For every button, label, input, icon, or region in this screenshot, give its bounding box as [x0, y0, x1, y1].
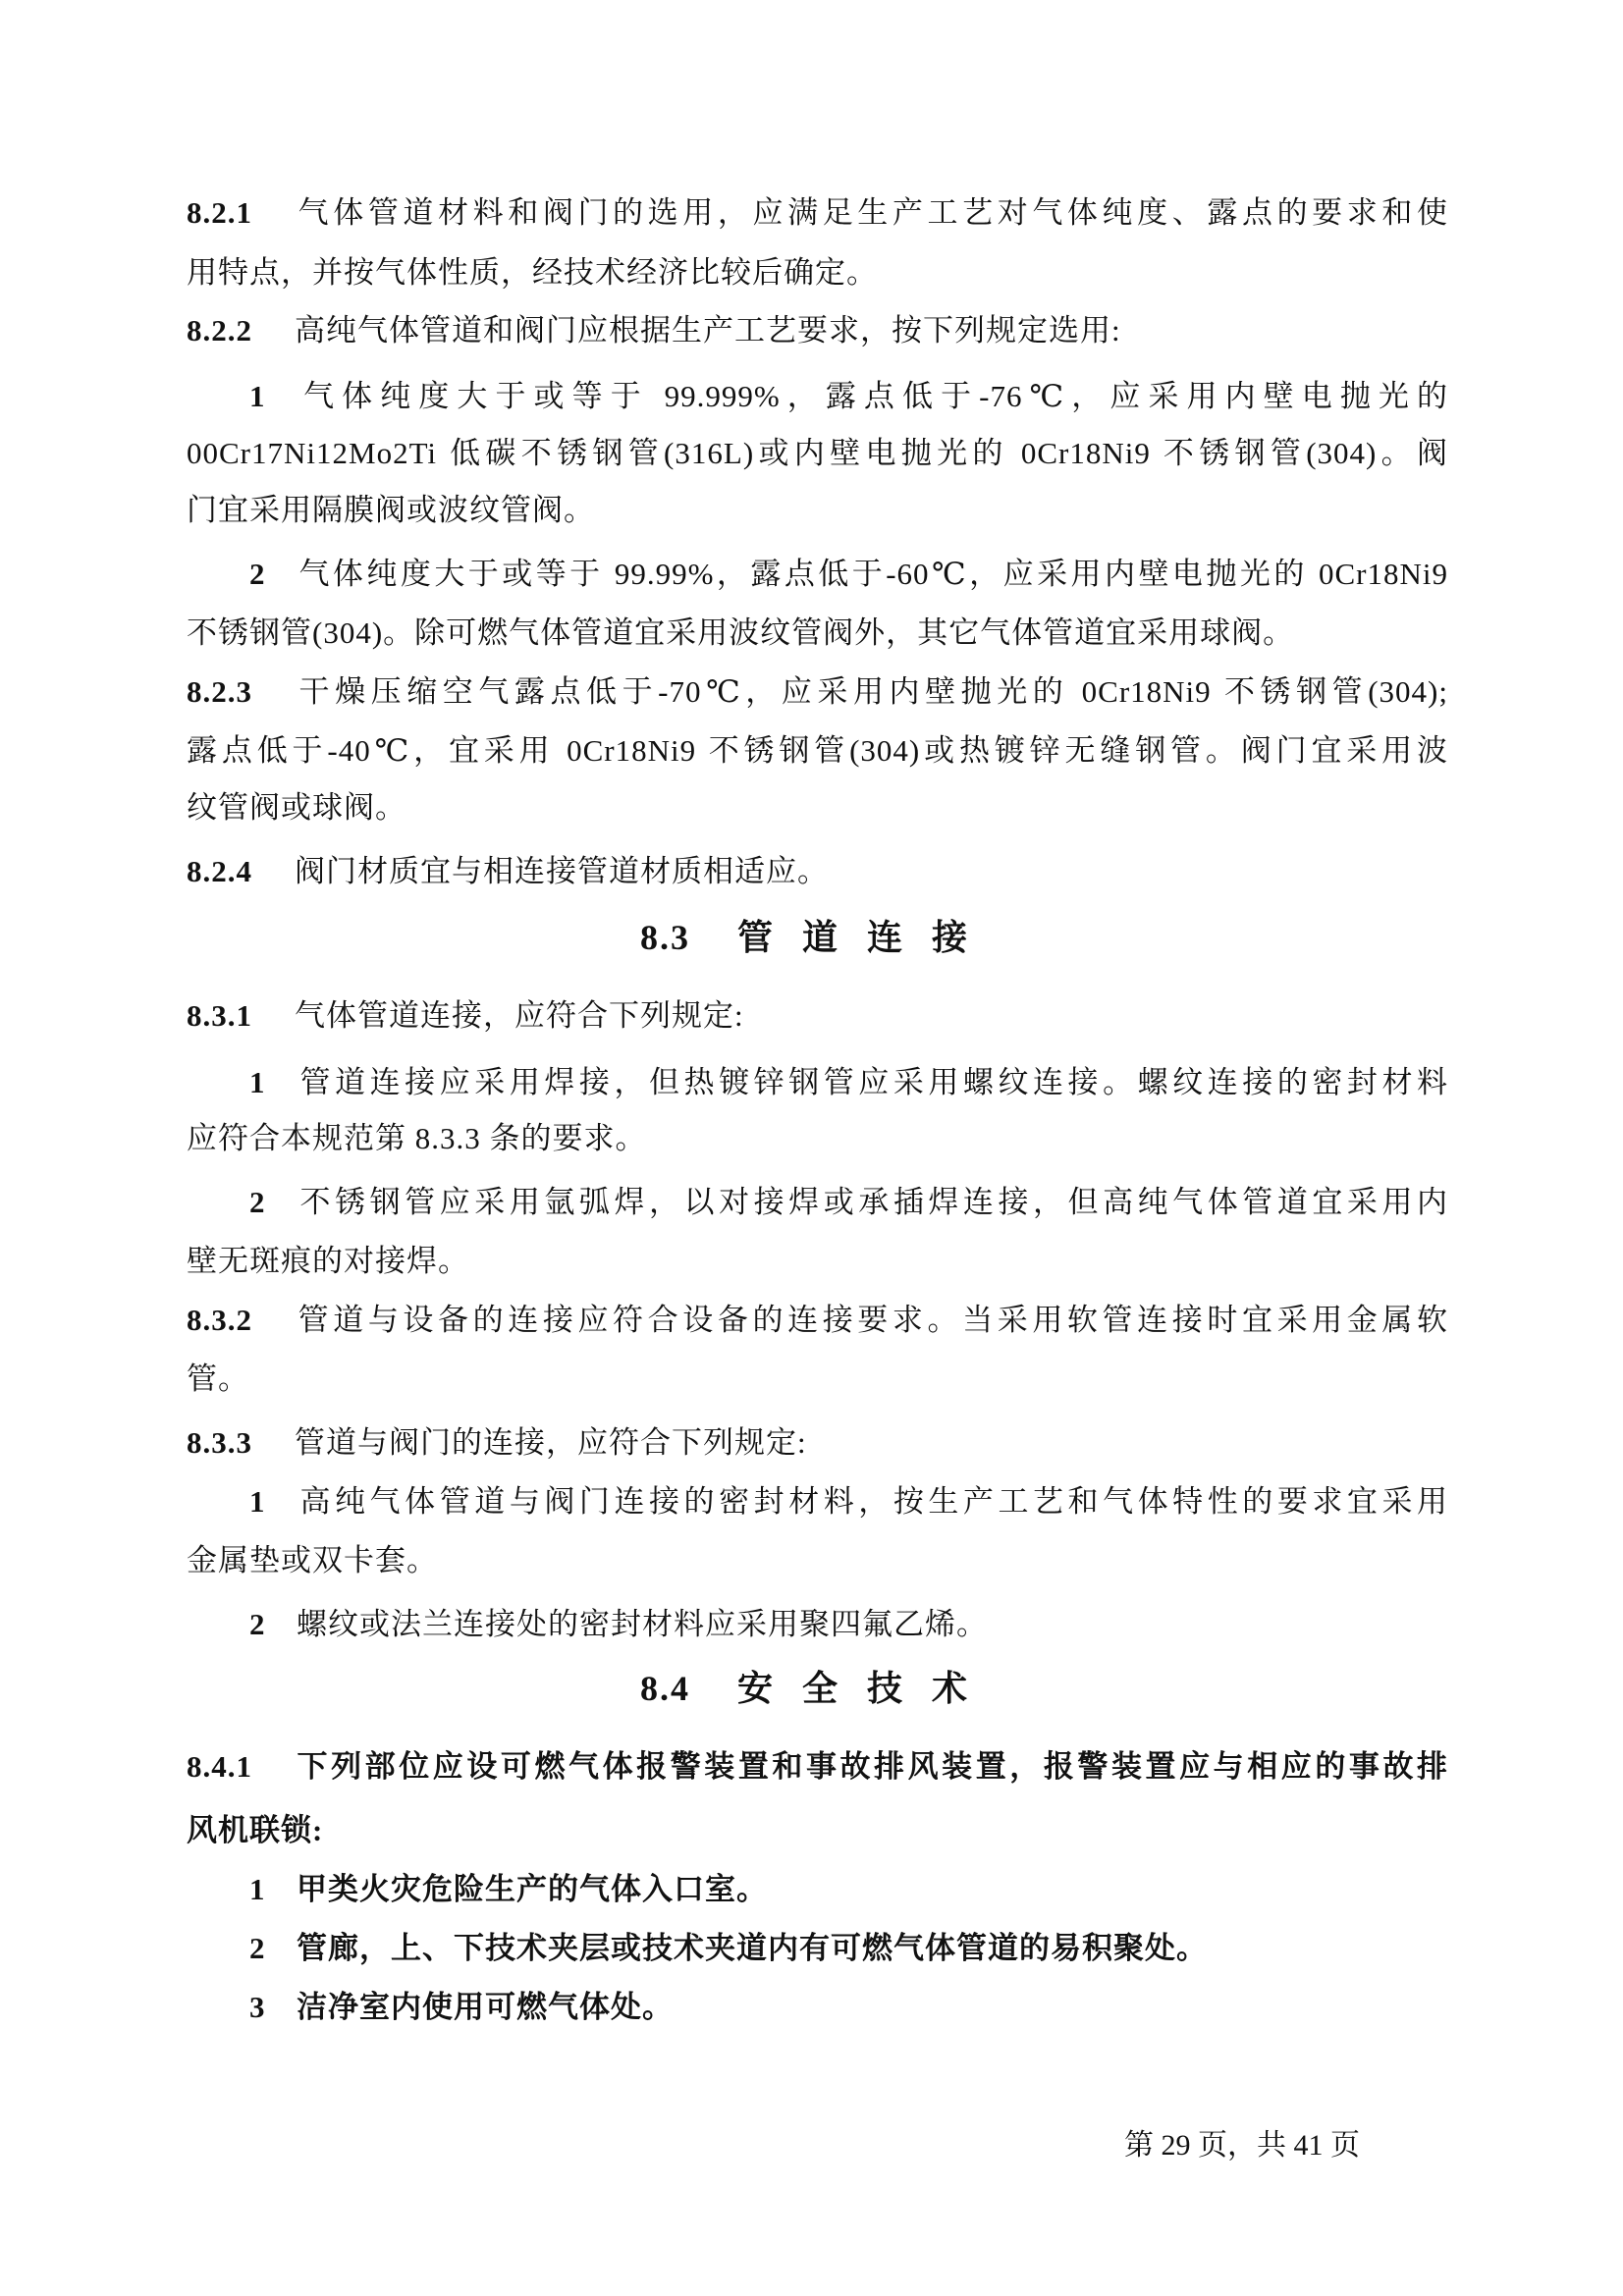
- item-number: 2: [249, 555, 297, 594]
- clause-8-3-1-line-1: 8.3.1气体管道连接，应符合下列规定:: [187, 996, 1448, 1036]
- heading-char: 管: [737, 918, 775, 957]
- heading-char: 技: [867, 1669, 904, 1708]
- document-page: 8.2.1气体管道材料和阀门的选用，应满足生产工艺对气体纯度、露点的要求和使 用…: [0, 0, 1623, 2296]
- page-number-footer: 第 29 页，共 41 页: [1124, 2126, 1360, 2165]
- clause-text: 阀门材质宜与相连接管道材质相适应。: [295, 854, 829, 888]
- heading-char: 道: [802, 918, 839, 957]
- clause-8-4-1-line-1: 8.4.1下列部位应设可燃气体报警装置和事故排风装置，报警装置应与相应的事故排: [187, 1747, 1448, 1787]
- clause-8-3-1-item-2-line-2: 壁无斑痕的对接焊。: [187, 1242, 1448, 1281]
- clause-8-2-4-line-1: 8.2.4阀门材质宜与相连接管道材质相适应。: [187, 852, 1448, 891]
- clause-8-4-1-item-2: 2管廊，上、下技术夹层或技术夹道内有可燃气体管道的易积聚处。: [249, 1929, 1448, 1968]
- clause-text: 管道与设备的连接应符合设备的连接要求。当采用软管连接时宜采用金属软: [295, 1303, 1448, 1337]
- item-number: 1: [249, 1482, 297, 1522]
- section-heading-8-4: 8.4安全技术: [0, 1667, 1623, 1710]
- clause-8-3-3-item-1-line-1: 1高纯气体管道与阀门连接的密封材料，按生产工艺和气体特性的要求宜采用: [249, 1482, 1448, 1522]
- clause-8-4-1-item-3: 3洁净室内使用可燃气体处。: [249, 1988, 1448, 2027]
- heading-char: 全: [802, 1669, 839, 1708]
- clause-8-2-2-item-2-line-1: 2气体纯度大于或等于 99.99%，露点低于-60℃，应采用内壁电抛光的 0Cr…: [249, 555, 1448, 594]
- clause-number: 8.2.2: [187, 311, 295, 350]
- heading-char: 接: [932, 918, 969, 957]
- clause-number: 8.3.1: [187, 996, 295, 1036]
- item-number: 3: [249, 1988, 297, 2027]
- clause-text: 气体管道连接，应符合下列规定:: [295, 998, 744, 1033]
- clause-8-2-2-item-1-line-2: 00Cr17Ni12Mo2Ti 低碳不锈钢管(316L)或内壁电抛光的 0Cr1…: [187, 434, 1448, 473]
- clause-8-2-2-item-2-line-2: 不锈钢管(304)。除可燃气体管道宜采用波纹管阀外，其它气体管道宜采用球阀。: [187, 614, 1448, 653]
- item-text: 甲类火灾危险生产的气体入口室。: [297, 1872, 768, 1906]
- clause-8-3-3-line-1: 8.3.3管道与阀门的连接，应符合下列规定:: [187, 1423, 1448, 1463]
- clause-8-2-3-line-1: 8.2.3干燥压缩空气露点低于-70℃，应采用内壁抛光的 0Cr18Ni9 不锈…: [187, 672, 1448, 712]
- clause-8-3-1-item-1-line-1: 1管道连接应采用焊接，但热镀锌钢管应采用螺纹连接。螺纹连接的密封材料: [249, 1063, 1448, 1102]
- clause-8-2-3-line-3: 纹管阀或球阀。: [187, 788, 1448, 828]
- item-text: 螺纹或法兰连接处的密封材料应采用聚四氟乙烯。: [297, 1607, 988, 1641]
- clause-8-4-1-item-1: 1甲类火灾危险生产的气体入口室。: [249, 1870, 1448, 1909]
- clause-text: 气体管道材料和阀门的选用，应满足生产工艺对气体纯度、露点的要求和使: [295, 195, 1448, 230]
- clause-8-3-1-item-1-line-2: 应符合本规范第 8.3.3 条的要求。: [187, 1119, 1448, 1158]
- item-number: 1: [249, 1063, 297, 1102]
- clause-8-2-1-line-1: 8.2.1气体管道材料和阀门的选用，应满足生产工艺对气体纯度、露点的要求和使: [187, 193, 1448, 233]
- item-number: 2: [249, 1605, 297, 1644]
- heading-char: 连: [867, 918, 904, 957]
- section-heading-8-3: 8.3管道连接: [0, 916, 1623, 959]
- item-text: 气体纯度大于或等于 99.999%，露点低于-76℃，应采用内壁电抛光的: [297, 379, 1448, 413]
- clause-text: 高纯气体管道和阀门应根据生产工艺要求，按下列规定选用:: [295, 313, 1121, 347]
- clause-text: 下列部位应设可燃气体报警装置和事故排风装置，报警装置应与相应的事故排: [295, 1749, 1448, 1784]
- item-text: 气体纯度大于或等于 99.99%，露点低于-60℃，应采用内壁电抛光的 0Cr1…: [297, 557, 1448, 591]
- clause-8-2-2-item-1-line-3: 门宜采用隔膜阀或波纹管阀。: [187, 491, 1448, 530]
- item-text: 高纯气体管道与阀门连接的密封材料，按生产工艺和气体特性的要求宜采用: [297, 1484, 1448, 1519]
- clause-number: 8.2.1: [187, 193, 295, 233]
- clause-8-2-2-line-1: 8.2.2高纯气体管道和阀门应根据生产工艺要求，按下列规定选用:: [187, 311, 1448, 350]
- clause-number: 8.3.3: [187, 1423, 295, 1463]
- clause-text: 管道与阀门的连接，应符合下列规定:: [295, 1425, 807, 1460]
- clause-8-2-1-line-2: 用特点，并按气体性质，经技术经济比较后确定。: [187, 253, 1448, 293]
- heading-char: 安: [737, 1669, 775, 1708]
- clause-number: 8.4.1: [187, 1747, 295, 1787]
- clause-8-2-2-item-1-line-1: 1气体纯度大于或等于 99.999%，露点低于-76℃，应采用内壁电抛光的: [249, 377, 1448, 416]
- item-number: 2: [249, 1929, 297, 1968]
- heading-char: 术: [932, 1669, 969, 1708]
- item-text: 洁净室内使用可燃气体处。: [297, 1990, 674, 2024]
- clause-8-3-2-line-2: 管。: [187, 1360, 1448, 1399]
- clause-8-3-3-item-1-line-2: 金属垫或双卡套。: [187, 1541, 1448, 1580]
- item-text: 管廊，上、下技术夹层或技术夹道内有可燃气体管道的易积聚处。: [297, 1931, 1208, 1965]
- clause-8-2-3-line-2: 露点低于-40℃，宜采用 0Cr18Ni9 不锈钢管(304)或热镀锌无缝钢管。…: [187, 731, 1448, 771]
- item-text: 不锈钢管应采用氩弧焊，以对接焊或承插焊连接，但高纯气体管道宜采用内: [297, 1185, 1448, 1219]
- item-number: 2: [249, 1183, 297, 1222]
- heading-number: 8.3: [640, 918, 690, 957]
- item-number: 1: [249, 1870, 297, 1909]
- clause-number: 8.2.4: [187, 852, 295, 891]
- heading-number: 8.4: [640, 1669, 690, 1708]
- clause-8-3-1-item-2-line-1: 2不锈钢管应采用氩弧焊，以对接焊或承插焊连接，但高纯气体管道宜采用内: [249, 1183, 1448, 1222]
- clause-number: 8.2.3: [187, 672, 295, 712]
- clause-text: 干燥压缩空气露点低于-70℃，应采用内壁抛光的 0Cr18Ni9 不锈钢管(30…: [295, 674, 1448, 709]
- item-text: 管道连接应采用焊接，但热镀锌钢管应采用螺纹连接。螺纹连接的密封材料: [297, 1065, 1448, 1099]
- clause-number: 8.3.2: [187, 1301, 295, 1340]
- clause-8-4-1-line-2: 风机联锁:: [187, 1811, 1448, 1850]
- clause-8-3-3-item-2-line-1: 2螺纹或法兰连接处的密封材料应采用聚四氟乙烯。: [249, 1605, 1448, 1644]
- item-number: 1: [249, 377, 297, 416]
- clause-8-3-2-line-1: 8.3.2管道与设备的连接应符合设备的连接要求。当采用软管连接时宜采用金属软: [187, 1301, 1448, 1340]
